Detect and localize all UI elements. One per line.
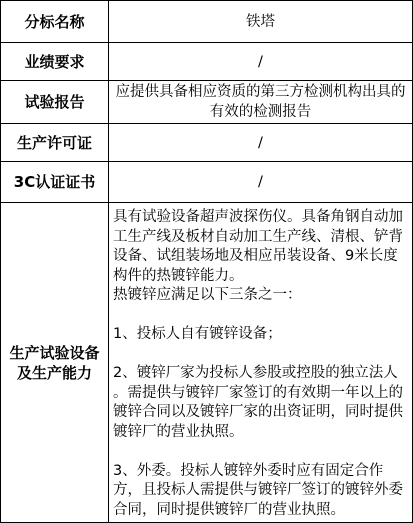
ccc-certificate-label: 3C认证证书 [1,162,109,203]
production-capability-value: 具有试验设备超声波探伤仪。具备角钢自动加 工生产线及板材自动加工生产线、清根、铲… [109,203,413,523]
table-row-production-license: 生产许可证 / [1,124,413,162]
table-row-sub-bid-name: 分标名称 铁塔 [1,1,413,43]
sub-bid-name-value: 铁塔 [109,1,413,43]
ccc-certificate-value: / [109,162,413,203]
table-row-test-report: 试验报告 应提供具备相应资质的第三方检测机构出具的 有效的检测报告 [1,81,413,124]
performance-requirement-label: 业绩要求 [1,43,109,81]
production-license-value: / [109,124,413,162]
performance-requirement-value: / [109,43,413,81]
table-row-ccc-certificate: 3C认证证书 / [1,162,413,203]
test-report-value: 应提供具备相应资质的第三方检测机构出具的 有效的检测报告 [109,81,413,124]
test-report-label: 试验报告 [1,81,109,124]
bid-requirements-table: 分标名称 铁塔 业绩要求 / 试验报告 应提供具备相应资质的第三方检测机构出具的… [0,0,413,523]
production-license-label: 生产许可证 [1,124,109,162]
production-capability-label: 生产试验设备 及生产能力 [1,203,109,523]
table-row-production-capability: 生产试验设备 及生产能力 具有试验设备超声波探伤仪。具备角钢自动加 工生产线及板… [1,203,413,523]
sub-bid-name-label: 分标名称 [1,1,109,43]
table-row-performance-requirement: 业绩要求 / [1,43,413,81]
